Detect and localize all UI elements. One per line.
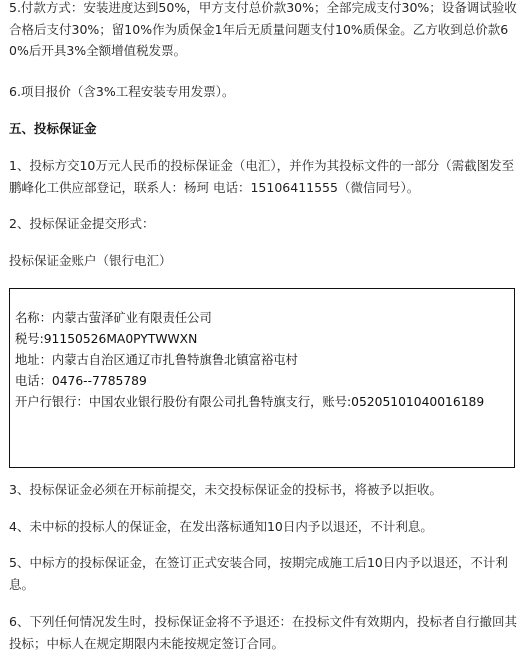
company-name: 名称：内蒙古萤泽矿业有限责任公司 (15, 308, 510, 329)
tax-id: 税号:91150526MA0PYTWWXN (15, 329, 510, 350)
company-address: 地址：内蒙古自治区通辽市扎鲁特旗鲁北镇富裕屯村 (15, 350, 510, 371)
bank-account-box: 名称：内蒙古萤泽矿业有限责任公司 税号:91150526MA0PYTWWXN 地… (9, 288, 515, 468)
company-phone: 电话：0476--7785789 (15, 371, 510, 392)
item-1-paragraph: 1、投标方交10万元人民币的投标保证金（电汇），并作为其投标文件的一部分（需截图… (9, 155, 521, 198)
rule-5-paragraph: 5、中标方的投标保证金，在签订正式安装合同，按期完成施工后10日内予以退还，不计… (9, 552, 521, 595)
rule-3-paragraph: 3、投标保证金必须在开标前提交，未交投标保证金的投标书，将被予以拒收。 (9, 479, 521, 501)
bank-info: 开户行银行：中国农业银行股份有限公司扎鲁特旗支行，账号:052051010400… (15, 392, 510, 413)
section-heading: 五、投标保证金 (9, 118, 521, 140)
payment-terms-paragraph: 5.付款方式：安装进度达到50%，甲方支付总价款30%；全部完成支付30%；设备… (9, 0, 521, 62)
rule-6-paragraph: 6、下列任何情况发生时，投标保证金将不予退还：在投标文件有效期内，投标者自行撤回… (9, 611, 521, 654)
account-type-label: 投标保证金账户（银行电汇） (9, 250, 521, 272)
item-2-paragraph: 2、投标保证金提交形式： (9, 213, 521, 235)
rule-4-paragraph: 4、未中标的投标人的保证金，在发出落标通知10日内予以退还，不计利息。 (9, 516, 521, 538)
quote-paragraph: 6.项目报价（含3%工程安装专用发票）。 (9, 81, 521, 103)
bank-account-details: 名称：内蒙古萤泽矿业有限责任公司 税号:91150526MA0PYTWWXN 地… (15, 308, 510, 413)
